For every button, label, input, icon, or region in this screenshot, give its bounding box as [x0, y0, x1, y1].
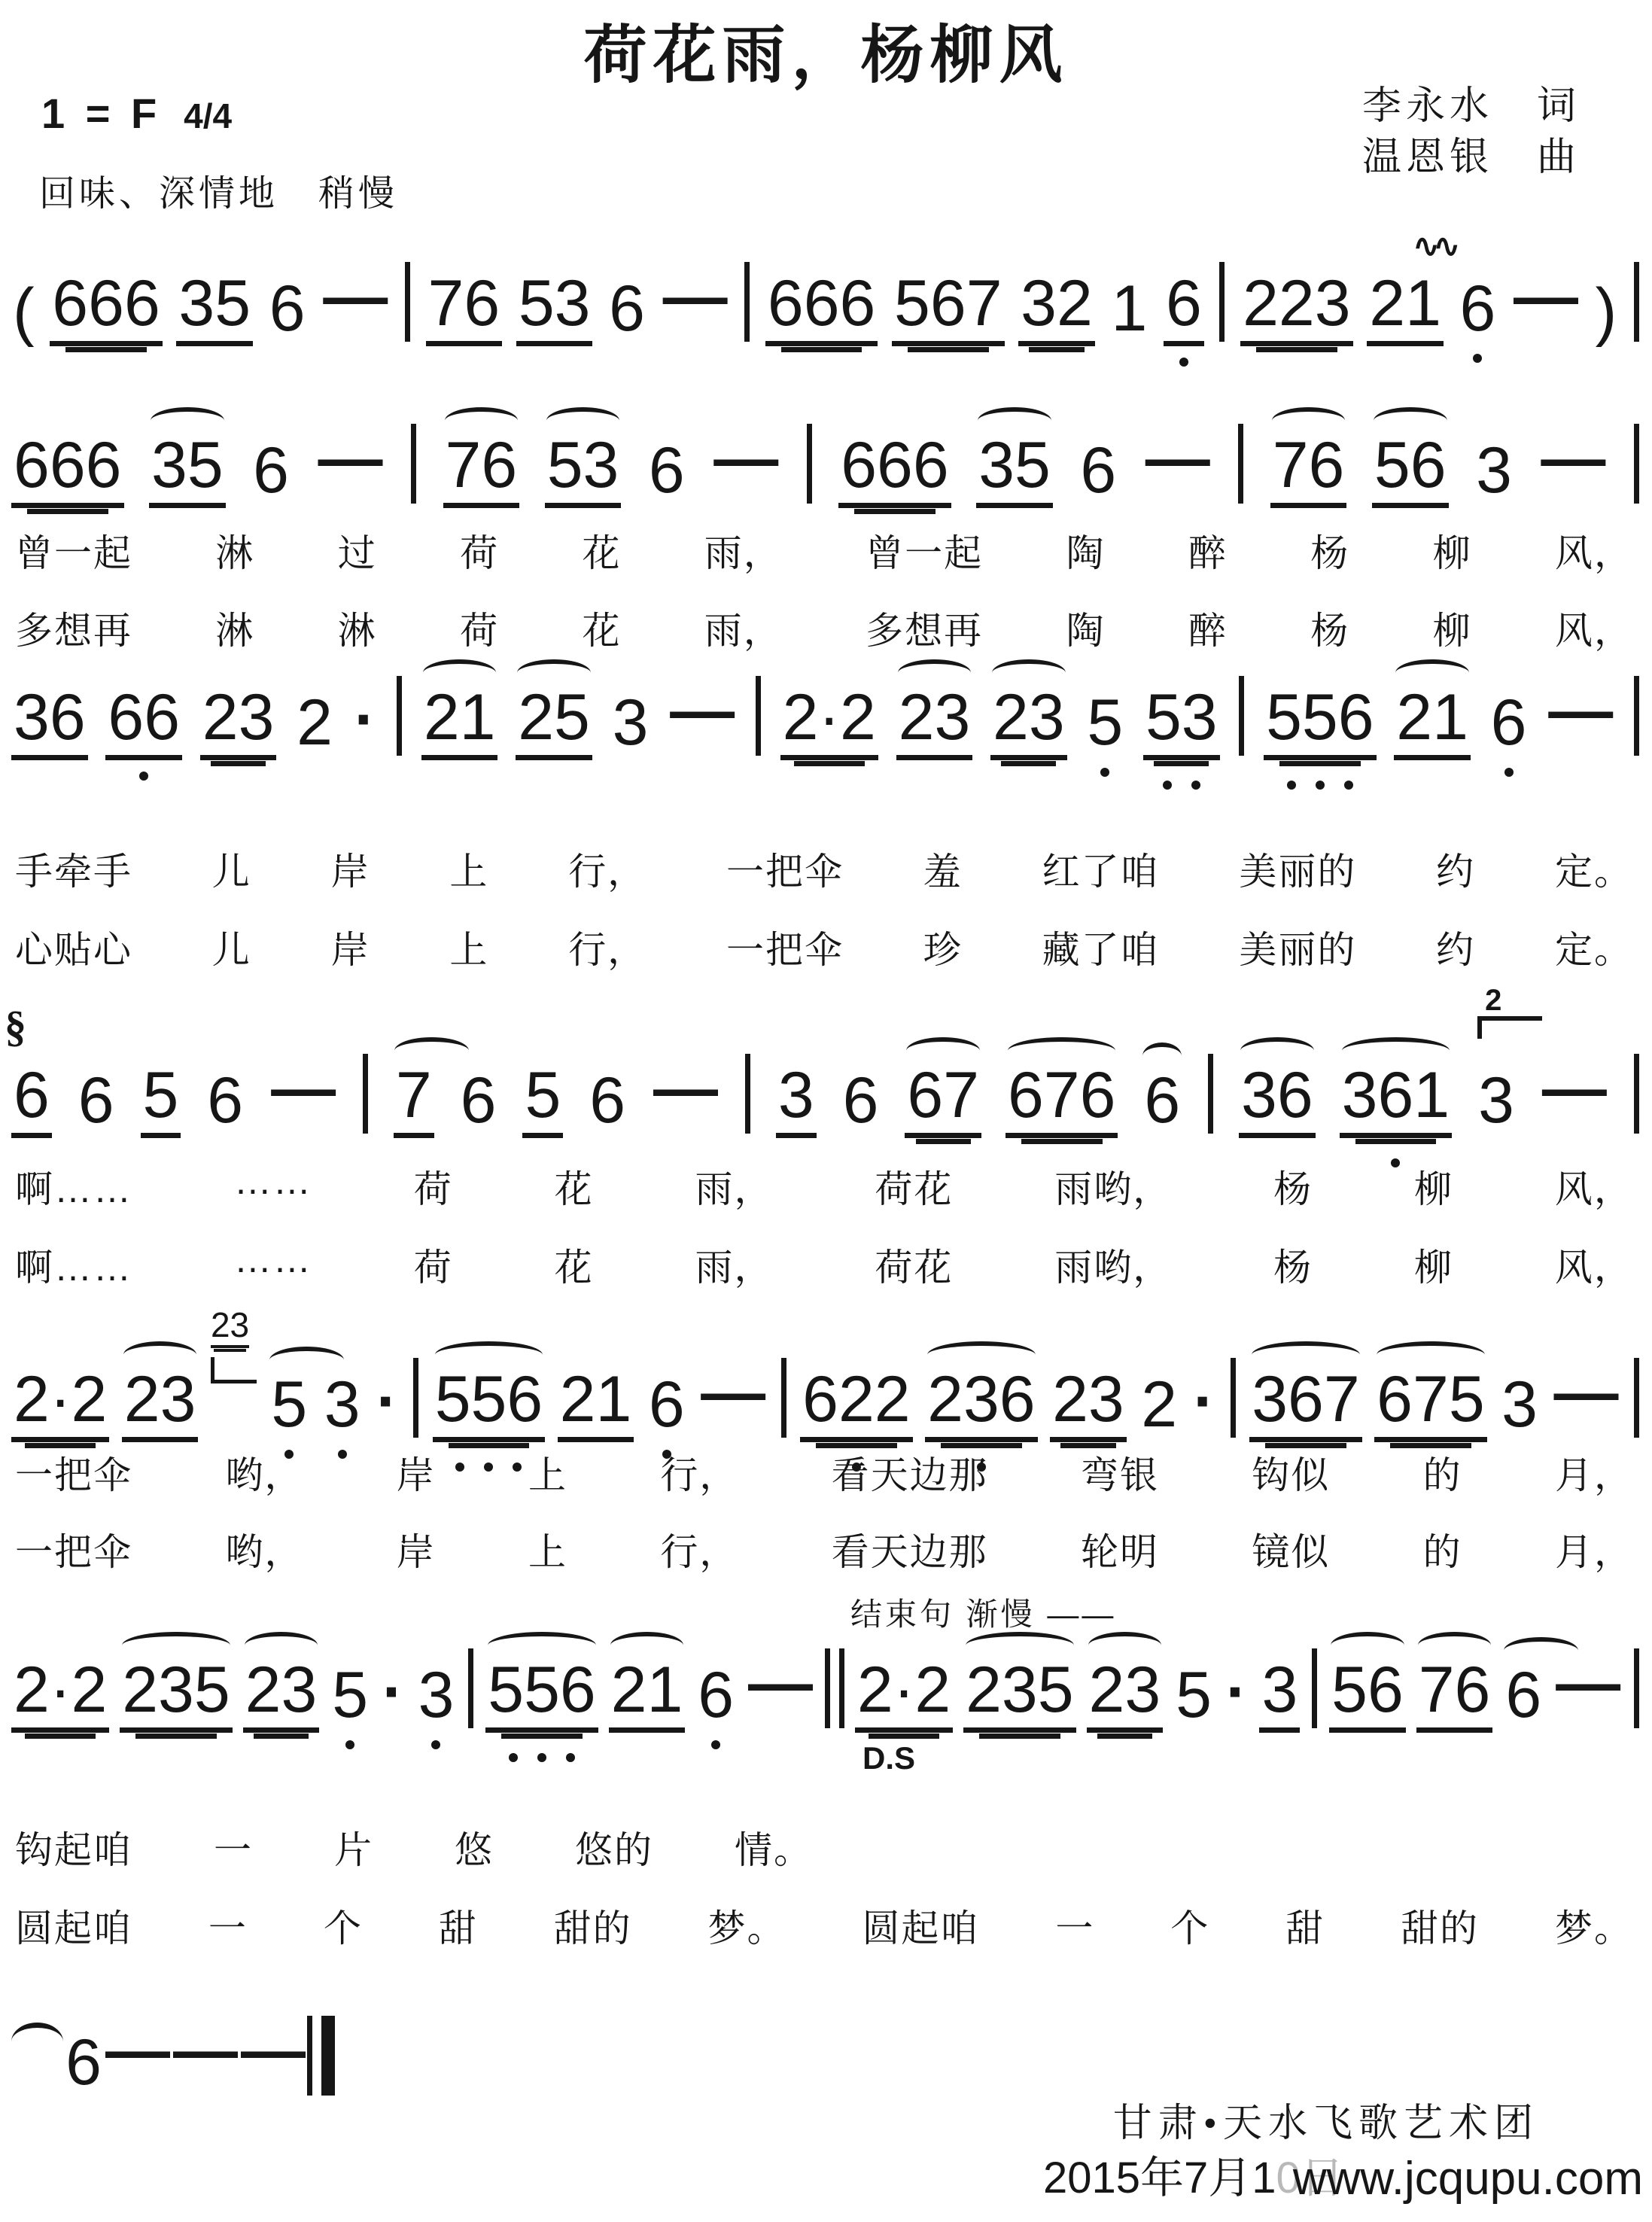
volta-bracket: 2	[1477, 987, 1542, 1039]
note-group: 35	[149, 436, 226, 508]
lyric-line: 心贴心儿岸上行，一把伞珍藏了咱美丽的约定。	[15, 920, 1633, 974]
slur	[394, 1037, 469, 1064]
notation-line: 3666232·21253—2·22323553556216—	[11, 662, 1641, 760]
barline	[397, 676, 402, 756]
lyric-cell: 陶	[1066, 601, 1106, 655]
lyric-cell: 行，	[568, 920, 647, 974]
lyric-cell: 淋	[338, 601, 377, 655]
note-group: 2·2	[780, 688, 878, 760]
barline	[363, 1054, 368, 1134]
lyric-cell: 荷花	[875, 1237, 953, 1292]
slur	[1252, 1341, 1360, 1368]
augmentation-dot: ·	[375, 1372, 400, 1442]
note-group: 66	[105, 688, 182, 760]
lyric-cell: 雨哟，	[1054, 1159, 1172, 1213]
grace-notes: 23	[211, 1307, 257, 1383]
lyric-cell: 一	[214, 1820, 253, 1874]
note-group: 6	[76, 1071, 117, 1138]
slur	[488, 1632, 596, 1659]
note-group: 36	[1239, 1066, 1316, 1138]
lyric-cell: 多想再	[15, 601, 132, 655]
slur	[517, 659, 591, 686]
note-group: 223	[1240, 274, 1353, 346]
lyric-cell: 的	[1423, 1522, 1462, 1576]
note-group: 361	[1340, 1066, 1453, 1138]
key-signature: 1 = F	[41, 89, 161, 138]
note-group: 3	[1499, 1375, 1540, 1442]
augmentation-dot: ·	[1225, 1663, 1249, 1733]
note-group: 25	[516, 688, 592, 760]
lyric-cell: 珍	[923, 920, 963, 974]
site-watermark: www.jcqupu.com	[1293, 2152, 1643, 2205]
slur	[992, 659, 1066, 686]
lyric-line: 一把伞哟，岸上行，看天边那弯银钩似的月，	[15, 1445, 1633, 1499]
note-group: 236	[925, 1370, 1038, 1442]
lyric-cell: 柳	[1433, 523, 1472, 577]
lyric-cell: ……	[234, 1237, 312, 1292]
barline	[307, 2016, 335, 2100]
note-group: 235	[963, 1660, 1076, 1733]
barline	[1634, 1648, 1639, 1728]
lyric-cell: 月，	[1555, 1522, 1633, 1576]
lyric-cell: 荷	[414, 1159, 453, 1213]
barline	[1634, 1054, 1639, 1134]
note-group: 6	[1142, 1071, 1182, 1138]
lyric-cell: 轮明	[1081, 1522, 1159, 1576]
parenthesis: )	[1594, 282, 1619, 346]
lyric-cell: 甜的	[554, 1898, 632, 1953]
note-group: 3	[610, 693, 651, 760]
note-group: 6	[205, 1071, 245, 1138]
dash-rest: —	[1512, 267, 1580, 346]
barline	[1634, 676, 1639, 756]
slur	[1374, 407, 1447, 434]
lyric-cell: 荷	[414, 1237, 453, 1292]
lyric-cell: 花	[582, 601, 621, 655]
lyric-line: 曾一起淋过荷花雨，曾一起陶醉杨柳风，	[15, 523, 1633, 577]
dash-rest: —	[747, 1654, 814, 1733]
note-group: 6	[11, 1066, 52, 1138]
lyric-cell: 哟，	[225, 1522, 303, 1576]
dash-rest: —	[104, 2021, 172, 2100]
lyric-cell: 杨	[1310, 523, 1349, 577]
lyric-cell: 杨	[1273, 1159, 1313, 1213]
octave-dots	[105, 772, 182, 781]
lyric-cell: 荷	[460, 523, 499, 577]
dash-rest: —	[662, 267, 729, 346]
barline	[1219, 262, 1225, 342]
note-group: 3	[776, 1066, 817, 1138]
octave-dots	[330, 1740, 370, 1749]
lyric-cell: 岸	[331, 920, 370, 974]
lyric-cell: 美丽的	[1239, 920, 1356, 974]
lyric-cell: 上	[449, 842, 488, 896]
segno-icon: §	[5, 1001, 26, 1052]
lyric-cell: 柳	[1414, 1237, 1453, 1292]
barline	[745, 1054, 750, 1134]
lyric-cell: 圆起咱	[15, 1898, 132, 1953]
lyric-cell: 一把伞	[726, 920, 844, 974]
note-group: 3	[416, 1666, 457, 1733]
lyric-line: 多想再淋淋荷花雨，多想再陶醉杨柳风，	[15, 601, 1633, 655]
slur	[1272, 407, 1346, 434]
lyric-cell: 醉	[1188, 601, 1228, 655]
note-group: 23	[1050, 1370, 1127, 1442]
lyric-cell: 上	[528, 1522, 567, 1576]
lyricist-credit: 李永水 词	[1362, 81, 1581, 132]
note-group: 6	[1078, 441, 1118, 508]
note-group: 367	[1249, 1370, 1362, 1442]
slur	[445, 407, 519, 434]
lyric-cell: 甜	[439, 1898, 478, 1953]
lyric-cell: 雨，	[695, 1237, 774, 1292]
tempo-marking: 回味、深情地 稍慢	[39, 164, 398, 216]
lyric-cell: 啊……	[15, 1159, 132, 1213]
slur	[122, 1632, 230, 1659]
lyric-cell: 杨	[1273, 1237, 1313, 1292]
slur	[1342, 1037, 1450, 1064]
octave-dots	[485, 1753, 598, 1762]
lyric-cell: 过	[338, 523, 377, 577]
lyric-cell: 花	[555, 1159, 594, 1213]
barline	[405, 262, 410, 342]
ds-marking: D.S	[863, 1740, 915, 1776]
lyric-cell: 个	[324, 1898, 363, 1953]
lyric-cell: 上	[449, 920, 488, 974]
lyric-cell: 一把伞	[15, 1445, 132, 1499]
note-group: 3	[1474, 441, 1514, 508]
lyric-cell: 雨，	[704, 523, 783, 577]
time-signature: 4/4	[184, 96, 232, 136]
augmentation-dot: ·	[1192, 1372, 1217, 1442]
barline	[1634, 1358, 1639, 1438]
barline	[1634, 424, 1639, 504]
note-group: 622	[800, 1370, 913, 1442]
lyric-cell: 行，	[660, 1522, 738, 1576]
note-group: 6	[587, 1071, 628, 1138]
footer-date-line: 2015年7月1 0日 www.jcqupu.com	[1043, 2142, 1643, 2205]
lyric-cell: 的	[1423, 1445, 1462, 1499]
octave-dots	[1143, 781, 1220, 790]
dash-rest: —	[172, 2021, 239, 2100]
note-group: 23	[990, 688, 1067, 760]
lyric-line: 圆起咱一个甜甜的梦。圆起咱一个甜甜的梦。	[15, 1898, 1633, 1953]
lyric-cell: 儿	[212, 920, 251, 974]
slur	[898, 659, 972, 686]
note-group: 5	[1173, 1666, 1214, 1733]
lyric-cell: 雨哟，	[1054, 1237, 1172, 1292]
lyric-cell: 多想再	[866, 601, 983, 655]
note-group: 6	[647, 1375, 687, 1442]
note-group: 2·2	[11, 1370, 109, 1442]
lyric-cell: 杨	[1310, 601, 1349, 655]
lyric-cell: 甜	[1285, 1898, 1325, 1953]
lyric-cell: 花	[555, 1237, 594, 1292]
barline	[781, 1358, 786, 1438]
slur	[1377, 1341, 1485, 1368]
note-group: 21	[558, 1370, 634, 1442]
note-group: 32	[1018, 274, 1095, 346]
dash-rest: —	[1547, 681, 1614, 760]
lyric-cell: 梦。	[708, 1898, 786, 1953]
lyric-cell: 一把伞	[726, 842, 844, 896]
note-group: 5	[141, 1066, 181, 1138]
dash-rest: —	[317, 429, 385, 508]
note-group: 6	[1503, 1666, 1544, 1733]
barline	[1231, 1358, 1236, 1438]
note-group: 6	[841, 1071, 881, 1138]
barline	[1239, 676, 1244, 756]
lyric-cell: 岸	[331, 842, 370, 896]
lyric-cell: 看天边那	[832, 1522, 988, 1576]
note-group: 7	[394, 1066, 434, 1138]
note-group: 5	[1085, 693, 1125, 760]
note-group: 556	[1264, 688, 1377, 760]
note-group: 6	[251, 441, 291, 508]
lyric-cell: 雨，	[695, 1159, 774, 1213]
lyric-line: 一把伞哟，岸上行，看天边那轮明镜似的月，	[15, 1522, 1633, 1576]
lyric-cell: 风，	[1555, 1237, 1633, 1292]
notation-line: 666356—76536—666356—76563—	[11, 410, 1641, 508]
note-group: 556	[485, 1660, 598, 1733]
lyric-cell: 上	[528, 1445, 567, 1499]
note-group: 76	[1270, 436, 1347, 508]
slur	[435, 1341, 543, 1368]
dash-rest: —	[269, 1059, 337, 1138]
lyric-cell: 定。	[1555, 920, 1633, 974]
note-group: 56	[1329, 1660, 1406, 1733]
note-group: 2	[294, 693, 335, 760]
lyric-line: 啊…………荷花雨，荷花雨哟，杨柳风，	[15, 1237, 1633, 1292]
note-group: 76	[1416, 1660, 1493, 1733]
note-group: 666	[50, 274, 163, 346]
lyric-cell: 红了咱	[1042, 842, 1160, 896]
notation-line: 6———	[11, 2002, 335, 2100]
lyric-cell: 约	[1436, 842, 1475, 896]
lyric-cell: 个	[1170, 1898, 1209, 1953]
slur	[978, 407, 1051, 434]
dash-rest: —	[712, 429, 780, 508]
slur	[966, 1632, 1074, 1659]
key-time-signature: 1 = F 4/4	[41, 89, 232, 138]
lyric-cell: 陶	[1066, 523, 1106, 577]
lyric-cell: 美丽的	[1239, 842, 1356, 896]
lyric-cell: 圆起咱	[862, 1898, 979, 1953]
note-group: 3	[322, 1375, 363, 1442]
lyric-cell: ……	[234, 1159, 312, 1213]
lyric-cell: 啊……	[15, 1237, 132, 1292]
slur	[927, 1341, 1036, 1368]
note-group: 6	[647, 441, 687, 508]
note-group: 235	[120, 1660, 233, 1733]
notation-line: 2·2235235·3556216—2·2235235·356766—	[11, 1635, 1641, 1733]
notation-line: (666356—76536—666567321622321∿∿6—)	[11, 248, 1641, 346]
note-group: 3	[1259, 1660, 1300, 1733]
note-group: 21∿∿	[1367, 274, 1444, 346]
note-group: 36	[11, 688, 88, 760]
lyric-cell: 约	[1436, 920, 1475, 974]
barline	[1312, 1648, 1317, 1728]
dash-rest: —	[1144, 429, 1212, 508]
lyric-cell: 曾一起	[15, 523, 132, 577]
lyric-cell: 岸	[397, 1522, 436, 1576]
sheet-music-page: 荷花雨，杨柳风 1 = F 4/4 李永水 词 温恩银 曲 回味、深情地 稍慢 …	[0, 0, 1652, 2222]
notation-line: 6656—7656—366767663636132—	[11, 1040, 1641, 1138]
note-group: 666	[838, 436, 951, 508]
slur	[1142, 1043, 1182, 1070]
slur	[151, 407, 224, 434]
barline	[468, 1648, 473, 1728]
lyric-cell: 风，	[1555, 1159, 1633, 1213]
barline	[825, 1648, 844, 1733]
augmentation-dot: ·	[381, 1663, 406, 1733]
barline	[1238, 424, 1243, 504]
barline	[1208, 1054, 1213, 1134]
lyric-cell: 甜的	[1401, 1898, 1479, 1953]
note-group: 6	[607, 279, 647, 346]
note-group: 6	[695, 1666, 736, 1733]
lyric-cell: 悠的	[575, 1820, 653, 1874]
lyric-cell: 儿	[212, 842, 251, 896]
note-group: 6	[1489, 693, 1529, 760]
barline	[1634, 262, 1639, 342]
lyric-cell: 花	[582, 523, 621, 577]
lyric-cell: 风，	[1555, 523, 1633, 577]
note-group: 76	[426, 274, 503, 346]
note-group: 6	[63, 2033, 104, 2100]
dash-rest: —	[1552, 1363, 1620, 1442]
lyric-cell: 一	[1055, 1898, 1094, 1953]
lyric-cell: 羞	[923, 842, 963, 896]
note-group: 666	[765, 274, 878, 346]
octave-dots	[416, 1740, 457, 1749]
dash-rest: —	[1541, 1059, 1608, 1138]
note-group: 2	[1139, 1375, 1179, 1442]
lyric-cell: 情。	[735, 1820, 813, 1874]
octave-dots	[1264, 781, 1377, 790]
note-group: 35	[976, 436, 1053, 508]
lyric-line: 钩起咱一片悠悠的情。	[15, 1820, 813, 1874]
note-group: 23	[200, 688, 277, 760]
note-group: 23	[896, 688, 973, 760]
lyric-cell: 一	[208, 1898, 248, 1953]
octave-dots	[1458, 354, 1498, 363]
note-group: 675	[1374, 1370, 1487, 1442]
dash-rest: —	[1554, 1654, 1622, 1733]
note-group: 53	[545, 436, 622, 508]
note-group: 556	[433, 1370, 546, 1442]
octave-dots	[1085, 768, 1125, 777]
lyric-cell: 雨，	[704, 601, 783, 655]
note-group: 5	[269, 1375, 309, 1442]
lyric-cell: 心贴心	[15, 920, 132, 974]
note-group: 56	[1372, 436, 1449, 508]
lyric-cell: 荷	[460, 601, 499, 655]
lyric-cell: 悠	[455, 1820, 494, 1874]
note-group: 567	[892, 274, 1005, 346]
lyric-cell: 片	[334, 1820, 373, 1874]
dash-rest: —	[652, 1059, 720, 1138]
lyric-cell: 荷花	[875, 1159, 953, 1213]
dash-rest: —	[321, 267, 389, 346]
ending-label: 结束句 渐慢 ——	[850, 1590, 1116, 1635]
note-group: 23	[1087, 1660, 1164, 1733]
note-group: 23	[122, 1370, 199, 1442]
footer-ensemble: 甘肃•天水飞歌艺术团	[1113, 2091, 1539, 2147]
lyric-cell: 定。	[1555, 842, 1633, 896]
barline	[413, 1358, 418, 1438]
slur	[1088, 1632, 1162, 1659]
lyric-cell: 手牵手	[15, 842, 132, 896]
lyric-cell: 行，	[660, 1445, 738, 1499]
notation-line: 2·2232353·556216—622236232·3676753—	[11, 1344, 1641, 1442]
note-group: 21	[1394, 688, 1471, 760]
note-group: 21	[609, 1660, 686, 1733]
augmentation-dot: ·	[353, 690, 378, 760]
note-group: 76	[443, 436, 520, 508]
lyric-cell: 钩起咱	[15, 1820, 132, 1874]
lyric-cell: 弯银	[1081, 1445, 1159, 1499]
slur	[1008, 1037, 1116, 1064]
lyric-cell: 一把伞	[15, 1522, 132, 1576]
note-group: 53	[516, 274, 593, 346]
lyric-cell: 曾一起	[866, 523, 983, 577]
slur	[1395, 659, 1469, 686]
dash-rest: —	[239, 2021, 307, 2100]
lyric-cell: 风，	[1555, 601, 1633, 655]
slur	[245, 1632, 318, 1659]
note-group: 53	[1143, 688, 1220, 760]
note-group: 67	[905, 1066, 981, 1138]
note-group: 35	[176, 274, 253, 346]
slur	[546, 407, 620, 434]
note-group: 5	[330, 1666, 370, 1733]
dash-rest: —	[1539, 429, 1607, 508]
lyric-cell: 柳	[1433, 601, 1472, 655]
note-group: 21	[421, 688, 498, 760]
note-group: 23	[243, 1660, 320, 1733]
note-group: 2·2	[11, 1660, 109, 1733]
dash-rest: —	[699, 1363, 767, 1442]
slur	[1504, 1637, 1578, 1664]
lyric-cell: 醉	[1188, 523, 1228, 577]
note-group: 666	[11, 436, 124, 508]
note-group: 32	[1476, 1071, 1517, 1138]
octave-dots	[1489, 768, 1529, 777]
lyric-cell: 柳	[1414, 1159, 1453, 1213]
barline	[756, 676, 761, 756]
lyric-cell: 行，	[568, 842, 647, 896]
slur	[1331, 1632, 1404, 1659]
slur	[423, 659, 497, 686]
lyric-cell: 淋	[215, 601, 254, 655]
lyric-cell: 藏了咱	[1042, 920, 1160, 974]
note-group: 1	[1109, 279, 1149, 346]
octave-dots	[695, 1740, 736, 1749]
note-group: 6	[1458, 279, 1498, 346]
note-group: 676	[1005, 1066, 1118, 1138]
lyric-cell: 梦。	[1555, 1898, 1633, 1953]
barline	[411, 424, 416, 504]
lyric-line: 啊…………荷花雨，荷花雨哟，杨柳风，	[15, 1159, 1633, 1213]
note-group: 6	[458, 1071, 499, 1138]
slur	[906, 1037, 980, 1064]
composer-credit: 温恩银 曲	[1362, 132, 1581, 184]
slur	[610, 1632, 684, 1659]
slur	[1418, 1632, 1492, 1659]
footer-date: 2015年7月1	[1043, 2142, 1276, 2205]
slur	[1240, 1037, 1314, 1064]
